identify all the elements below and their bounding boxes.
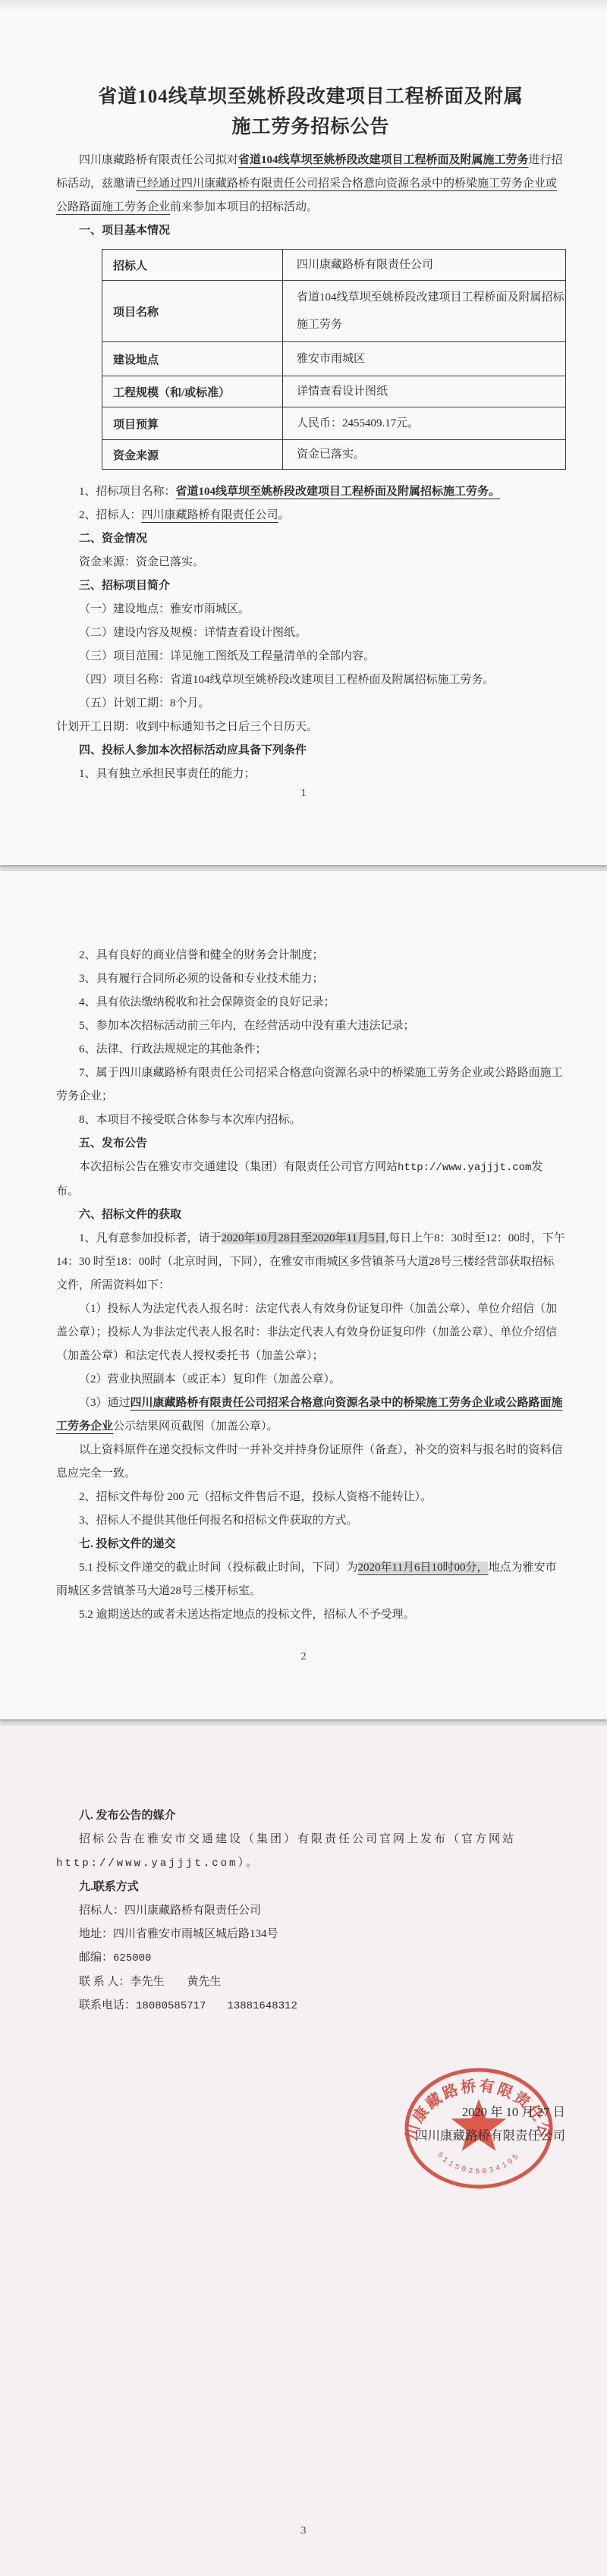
- text-run: （1）投标人为法定代表人报名时：法定代表人有效身份证复印件（加盖公章）、单位介绍…: [56, 1303, 557, 1362]
- text-run: 省道104线草坝至姚桥段改建项目工程桥面及附属招标施工劳务。: [176, 486, 501, 498]
- title-line-1: 省道104线草坝至姚桥段改建项目工程桥面及附属: [56, 82, 565, 112]
- text-run: 3、招标人不提供其他任何报名和招标文件获取的方式。: [79, 1514, 358, 1527]
- text-run: 4、具有依法缴纳税收和社会保障资金的良好记录；: [79, 996, 335, 1008]
- row-label: 工程规模（和/或标准）: [102, 376, 283, 407]
- row-value: 人民币：2455409.17元。: [283, 407, 566, 440]
- section-heading: 八. 发布公告的媒介: [56, 1804, 565, 1828]
- paragraph: 4、具有依法缴纳税收和社会保障资金的良好记录；: [56, 991, 565, 1014]
- page-3-body: 八. 发布公告的媒介招标公告在雅安市交通建设（集团）有限责任公司官网上发布（官方…: [56, 1804, 565, 2018]
- text-run: 八. 发布公告的媒介: [79, 1810, 176, 1822]
- row-value: 省道104线草坝至姚桥段改建项目工程桥面及附属招标施工劳务: [283, 281, 566, 342]
- text-run: 2、具有良好的商业信誉和健全的财务会计制度；: [79, 949, 324, 961]
- text-run: 七. 投标文件的递交: [79, 1538, 176, 1550]
- text-run: 以上资料原件在递交投标文件时一并补交并持身份证原件（备查），补交的资料与报名时的…: [56, 1444, 563, 1480]
- text-run: 联系电话：: [79, 1999, 136, 2011]
- paragraph: 1、招标项目名称：省道104线草坝至姚桥段改建项目工程桥面及附属招标施工劳务。: [56, 480, 565, 504]
- table-row: 建设地点雅安市雨城区: [102, 342, 566, 376]
- paragraph: 联系电话：18080585717 13881648312: [56, 1994, 565, 2018]
- section-heading: 三、招标项目简介: [56, 574, 565, 598]
- text-run: 一、项目基本情况: [79, 225, 170, 237]
- paragraph: （2）营业执照副本（或正本）复印件（加盖公章）。: [56, 1368, 565, 1392]
- table-row: 招标人四川康藏路桥有限责任公司: [102, 250, 566, 281]
- text-run: （三）项目范围：详见施工图纸及工程量清单的全部内容。: [79, 650, 375, 662]
- text-run: 1、招标项目名称：: [79, 486, 176, 498]
- page-number: 1: [0, 788, 607, 800]
- paragraph: 1、凡有意参加投标者，请于2020年10月28日至2020年11月5日,每日上午…: [56, 1227, 565, 1297]
- text-run: 省道104线草坝至姚桥段改建项目工程桥面及附属施工劳务: [238, 154, 529, 166]
- text-run: 资金来源：资金已落实。: [79, 556, 204, 568]
- paragraph: 资金来源：资金已落实。: [56, 551, 565, 574]
- text-run: （3）通过: [79, 1397, 131, 1409]
- row-value: 详情查看设计图纸: [283, 376, 566, 407]
- text-run: 5.2 逾期送达的或者未送达指定地点的投标文件，招标人不予受理。: [79, 1609, 415, 1621]
- text-run: 公示结果网页截图（加盖公章）。: [113, 1420, 278, 1433]
- signature-block: 2020 年 10 月 27 日 四川康藏路桥有限责任公司: [415, 2100, 565, 2147]
- text-run: 2020年11月6日10时00分，: [358, 1562, 489, 1574]
- title-line-2: 施工劳务招标公告: [56, 112, 565, 143]
- paragraph: 招标人：四川康藏路桥有限责任公司: [56, 1899, 565, 1923]
- paragraph: （3）通过四川康藏路桥有限责任公司招采合格意向资源名录中的桥梁施工劳务企业或公路…: [56, 1392, 565, 1439]
- text-run: 计划开工日期：收到中标通知书之日后三个日历天。: [56, 721, 318, 733]
- row-value: 雅安市雨城区: [283, 342, 566, 376]
- paragraph: 2、招标人：四川康藏路桥有限责任公司。: [56, 504, 565, 527]
- section-heading: 一、项目基本情况: [56, 219, 565, 243]
- svg-text:5115025034105: 5115025034105: [435, 2151, 522, 2176]
- text-run: 招标人：四川康藏路桥有限责任公司: [79, 1904, 261, 1917]
- announcement-date: 2020 年 10 月 27 日: [415, 2100, 565, 2124]
- paragraph: 3、具有履行合同所必须的设备和专业技术能力；: [56, 967, 565, 991]
- text-run: http://www.yajjjt.com: [398, 1162, 531, 1174]
- text-run: 六、招标文件的获取: [79, 1209, 181, 1221]
- paragraph: 联 系 人：李先生 黄先生: [56, 1971, 565, 1994]
- paragraph: 3、招标人不提供其他任何报名和招标文件获取的方式。: [56, 1509, 565, 1533]
- row-label: 项目预算: [102, 407, 283, 440]
- text-run: 邮编：: [79, 1952, 113, 1964]
- paragraph: 5、参加本次招标活动前三年内，在经营活动中没有重大违法记录；: [56, 1014, 565, 1038]
- page-1: 省道104线草坝至姚桥段改建项目工程桥面及附属 施工劳务招标公告 四川康藏路桥有…: [0, 0, 607, 865]
- text-run: 6、法律、行政法规规定的其他条件；: [79, 1043, 267, 1055]
- text-run: 8、本项目不接受联合体参与本次库内招标。: [79, 1114, 301, 1126]
- text-run: 四川康藏路桥有限责任公司拟对: [79, 154, 238, 166]
- text-run: （二）建设内容及规模：详情查看设计图纸。: [79, 627, 307, 639]
- paragraph: 邮编：625000: [56, 1946, 565, 1971]
- text-run: ）。: [237, 1857, 259, 1869]
- table-row: 工程规模（和/或标准）详情查看设计图纸: [102, 376, 566, 407]
- text-run: 五、发布公告: [79, 1137, 147, 1150]
- text-run: 三、招标项目简介: [79, 580, 170, 592]
- text-run: 本次招标公告在雅安市交通建设（集团）有限责任公司官方网站: [79, 1161, 398, 1173]
- text-run: 1、具有独立承担民事责任的能力；: [79, 768, 256, 780]
- text-run: 18080585717 13881648312: [136, 2000, 297, 2012]
- paragraph: （四）项目名称：省道104线草坝至姚桥段改建项目工程桥面及附属招标施工劳务。: [56, 668, 565, 692]
- text-run: 3、具有履行合同所必须的设备和专业技术能力；: [79, 973, 324, 985]
- paragraph: 地址：四川省雅安市雨城区城后路134号: [56, 1923, 565, 1946]
- section-heading: 四、投标人参加本次招标活动应具备下列条件: [56, 739, 565, 763]
- text-run: 625000: [113, 1952, 151, 1964]
- seal-code: 5115025034105: [435, 2151, 522, 2176]
- text-run: 地址：四川省雅安市雨城区城后路134号: [79, 1928, 278, 1940]
- text-run: 二、资金情况: [79, 533, 147, 545]
- paragraph: （五）计划工期：8个月。: [56, 692, 565, 716]
- text-run: 5、参加本次招标活动前三年内，在经营活动中没有重大违法记录；: [79, 1020, 415, 1032]
- row-label: 招标人: [102, 250, 283, 281]
- text-run: 7、属于四川康藏路桥有限责任公司招采合格意向资源名录中的桥梁施工劳务企业或公路路…: [56, 1067, 563, 1102]
- table-row: 项目名称省道104线草坝至姚桥段改建项目工程桥面及附属招标施工劳务: [102, 281, 566, 342]
- row-label: 项目名称: [102, 281, 283, 342]
- paragraph: 本次招标公告在雅安市交通建设（集团）有限责任公司官方网站http://www.y…: [56, 1156, 565, 1203]
- paragraph: 7、属于四川康藏路桥有限责任公司招采合格意向资源名录中的桥梁施工劳务企业或公路路…: [56, 1062, 565, 1109]
- text-run: 四川康藏路桥有限责任公司: [142, 509, 278, 521]
- text-run: 。: [278, 509, 290, 521]
- section-heading: 二、资金情况: [56, 527, 565, 551]
- paragraph: （1）投标人为法定代表人报名时：法定代表人有效身份证复印件（加盖公章）、单位介绍…: [56, 1297, 565, 1368]
- text-run: 2020年10月28日至2020年11月5日: [222, 1232, 386, 1244]
- paragraph: 2、具有良好的商业信誉和健全的财务会计制度；: [56, 944, 565, 967]
- text-run: http://www.yajjjt.com: [56, 1857, 237, 1870]
- page-number: 3: [0, 2525, 607, 2537]
- paragraph: 5.2 逾期送达的或者未送达指定地点的投标文件，招标人不予受理。: [56, 1603, 565, 1627]
- page-number: 2: [0, 1651, 607, 1663]
- text-run: 四、投标人参加本次招标活动应具备下列条件: [79, 744, 307, 756]
- paragraph: 6、法律、行政法规规定的其他条件；: [56, 1038, 565, 1062]
- paragraph: 计划开工日期：收到中标通知书之日后三个日历天。: [56, 716, 565, 739]
- paragraph: 1、具有独立承担民事责任的能力；: [56, 763, 565, 786]
- page-2: 2、具有良好的商业信誉和健全的财务会计制度；3、具有履行合同所必须的设备和专业技…: [0, 871, 607, 1719]
- row-label: 资金来源: [102, 440, 283, 470]
- text-run: 2、招标文件每份 200 元（招标文件售后不退，投标人资格不能转让）。: [79, 1491, 432, 1503]
- issuer-company: 四川康藏路桥有限责任公司: [415, 2124, 565, 2147]
- section-heading: 七. 投标文件的递交: [56, 1533, 565, 1556]
- paragraph: （一）建设地点：雅安市雨城区。: [56, 598, 565, 621]
- paragraph: 四川康藏路桥有限责任公司拟对省道104线草坝至姚桥段改建项目工程桥面及附属施工劳…: [56, 149, 565, 219]
- text-run: 1、凡有意参加投标者，请于: [79, 1232, 222, 1244]
- page-2-body: 2、具有良好的商业信誉和健全的财务会计制度；3、具有履行合同所必须的设备和专业技…: [56, 944, 565, 1627]
- text-run: （四）项目名称：省道104线草坝至姚桥段改建项目工程桥面及附属招标施工劳务。: [79, 674, 495, 686]
- paragraph: 以上资料原件在递交投标文件时一并补交并持身份证原件（备查），补交的资料与报名时的…: [56, 1439, 565, 1486]
- text-run: 前来参加本项目的招标活动。: [170, 201, 318, 213]
- paragraph: （二）建设内容及规模：详情查看设计图纸。: [56, 621, 565, 645]
- row-value: 资金已落实。: [283, 440, 566, 470]
- section-heading: 九.联系方式: [56, 1876, 565, 1899]
- paragraph: （三）项目范围：详见施工图纸及工程量清单的全部内容。: [56, 645, 565, 668]
- paragraph: 招标公告在雅安市交通建设（集团）有限责任公司官网上发布（官方网站 http://…: [56, 1828, 565, 1876]
- text-run: 2、招标人：: [79, 509, 142, 521]
- section-heading: 五、发布公告: [56, 1132, 565, 1156]
- project-info-table: 招标人四川康藏路桥有限责任公司项目名称省道104线草坝至姚桥段改建项目工程桥面及…: [102, 249, 566, 470]
- section-heading: 六、招标文件的获取: [56, 1203, 565, 1227]
- page-1-body: 四川康藏路桥有限责任公司拟对省道104线草坝至姚桥段改建项目工程桥面及附属施工劳…: [56, 149, 565, 786]
- text-run: 招标公告在雅安市交通建设（集团）有限责任公司官网上发布（官方网站: [79, 1833, 516, 1845]
- row-value: 四川康藏路桥有限责任公司: [283, 250, 566, 281]
- text-run: （2）营业执照副本（或正本）复印件（加盖公章）。: [79, 1373, 341, 1386]
- text-run: 九.联系方式: [79, 1881, 139, 1893]
- paragraph: 5.1 投标文件递交的截止时间（投标截止时间，下同）为2020年11月6日10时…: [56, 1556, 565, 1603]
- paragraph: 8、本项目不接受联合体参与本次库内招标。: [56, 1109, 565, 1132]
- text-run: （五）计划工期：8个月。: [79, 697, 210, 709]
- paragraph: 2、招标文件每份 200 元（招标文件售后不退，投标人资格不能转让）。: [56, 1486, 565, 1509]
- text-run: 5.1 投标文件递交的截止时间（投标截止时间，下同）为: [79, 1562, 358, 1574]
- row-label: 建设地点: [102, 342, 283, 376]
- text-run: 联 系 人：李先生 黄先生: [79, 1976, 222, 1988]
- table-row: 资金来源资金已落实。: [102, 440, 566, 470]
- text-run: （一）建设地点：雅安市雨城区。: [79, 603, 250, 615]
- table-row: 项目预算人民币：2455409.17元。: [102, 407, 566, 440]
- page-title: 省道104线草坝至姚桥段改建项目工程桥面及附属 施工劳务招标公告: [56, 82, 565, 143]
- page-3: 八. 发布公告的媒介招标公告在雅安市交通建设（集团）有限责任公司官网上发布（官方…: [0, 1725, 607, 2576]
